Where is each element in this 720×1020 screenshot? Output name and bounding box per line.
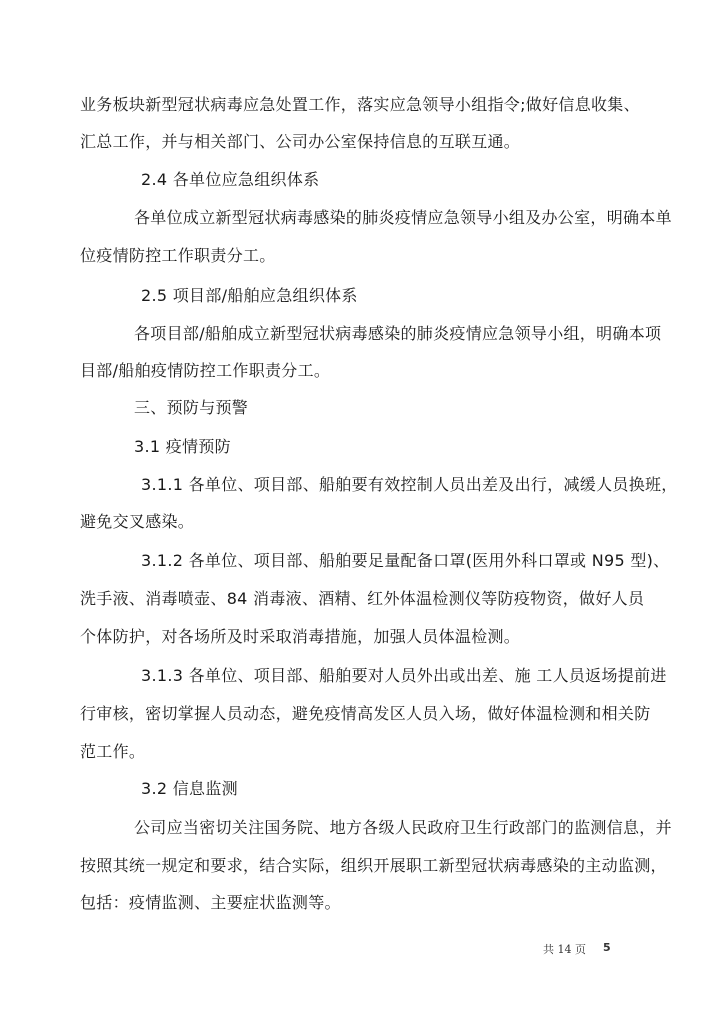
paragraph-line: 洗手液、消毒喷壶、84 消毒液、酒精、红外体温检测仪等防疫物资，做好人员 xyxy=(80,589,644,609)
document-page: 业务板块新型冠状病毒应急处置工作，落实应急领导小组指令;做好信息收集、 汇总工作… xyxy=(0,0,720,1020)
section-heading-2-4: 2.4 各单位应急组织体系 xyxy=(141,170,319,190)
paragraph-line: 3.1.1 各单位、项目部、船舶要有效控制人员出差及出行，减缓人员换班， xyxy=(141,475,678,495)
paragraph-line: 汇总工作，并与相关部门、公司办公室保持信息的互联互通。 xyxy=(80,132,520,152)
paragraph-line: 各项目部/船舶成立新型冠状病毒感染的肺炎疫情应急领导小组，明确本项 xyxy=(134,324,661,344)
paragraph-line: 3.1.2 各单位、项目部、船舶要足量配备口罩(医用外科口罩或 N95 型)、 xyxy=(141,551,669,571)
paragraph-line: 目部/船舶疫情防控工作职责分工。 xyxy=(80,361,330,381)
footer-page-number: 5 xyxy=(603,941,611,954)
section-heading-2-5: 2.5 项目部/船舶应急组织体系 xyxy=(141,286,358,306)
paragraph-line: 避免交叉感染。 xyxy=(80,512,194,532)
section-heading-3-1: 3.1 疫情预防 xyxy=(134,437,231,457)
section-heading-3-2: 3.2 信息监测 xyxy=(141,779,238,799)
section-heading-3: 三、预防与预警 xyxy=(134,398,248,418)
paragraph-line: 业务板块新型冠状病毒应急处置工作，落实应急领导小组指令;做好信息收集、 xyxy=(80,95,640,115)
paragraph-line: 位疫情防控工作职责分工。 xyxy=(80,246,276,266)
paragraph-line: 个体防护，对各场所及时采取消毒措施，加强人员体温检测。 xyxy=(80,627,520,647)
paragraph-line: 按照其统一规定和要求，结合实际，组织开展职工新型冠状病毒感染的主动监测， xyxy=(80,856,667,876)
paragraph-line: 范工作。 xyxy=(80,742,145,762)
paragraph-line: 各单位成立新型冠状病毒感染的肺炎疫情应急领导小组及办公室，明确本单 xyxy=(134,208,672,228)
paragraph-line: 3.1.3 各单位、项目部、船舶要对人员外出或出差、施 工人员返场提前进 xyxy=(141,666,667,686)
paragraph-line: 行审核，密切掌握人员动态，避免疫情高发区人员入场，做好体温检测和相关防 xyxy=(80,704,651,724)
paragraph-line: 包括：疫情监测、主要症状监测等。 xyxy=(80,893,341,913)
paragraph-line: 公司应当密切关注国务院、地方各级人民政府卫生行政部门的监测信息，并 xyxy=(134,818,672,838)
footer-total-pages: 共 14 页 xyxy=(543,941,586,957)
